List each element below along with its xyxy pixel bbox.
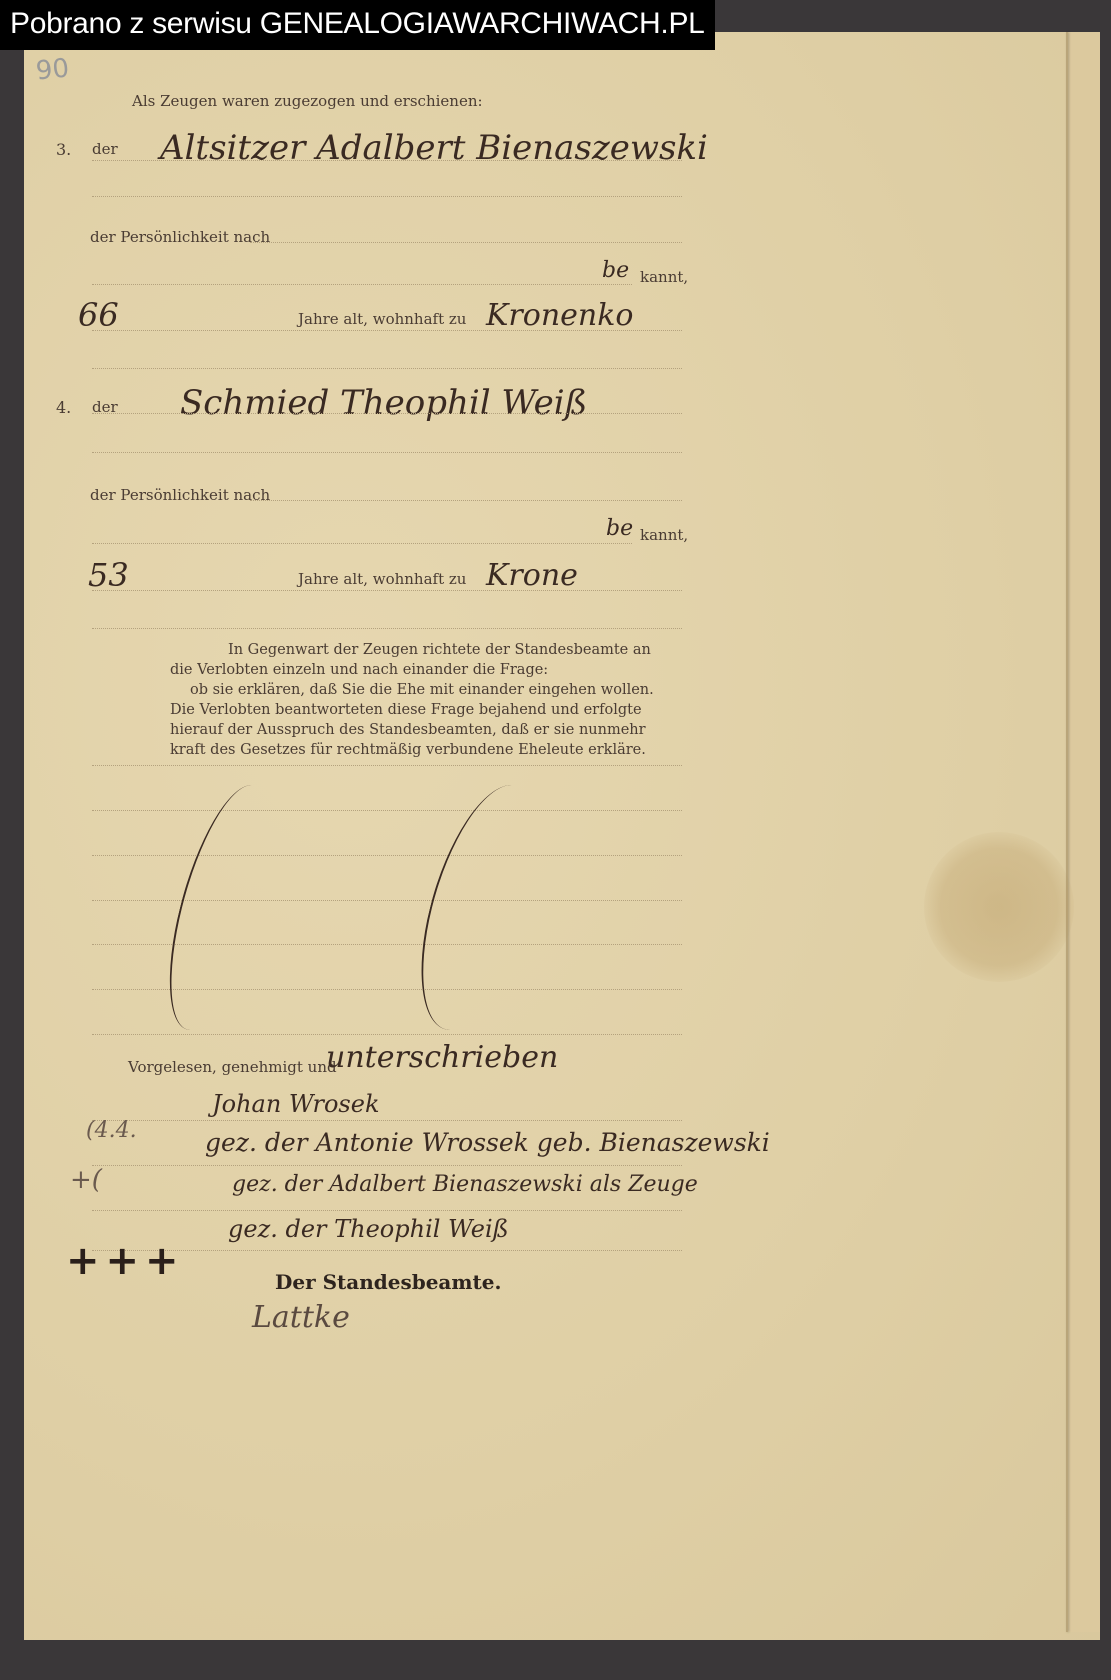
- witness-4-name: Schmied Theophil Weiß: [180, 383, 587, 423]
- dotted-line: [92, 765, 682, 766]
- witness-4-identity-label: der Persönlichkeit nach: [90, 486, 270, 504]
- witness-4-residence: Krone: [486, 558, 578, 593]
- pencil-page-number: 90: [35, 53, 71, 86]
- registrar-signature: Lattke: [252, 1300, 350, 1335]
- dotted-line: [92, 1120, 682, 1121]
- margin-mark: (4.4.: [86, 1118, 137, 1143]
- witness-3-residence: Kronenko: [486, 298, 633, 333]
- witness-3-number: 3.: [56, 140, 71, 159]
- scan-background: [24, 1640, 1100, 1680]
- ceremony-paragraph: In Gegenwart der Zeugen richtete der Sta…: [170, 640, 682, 760]
- water-stain: [924, 832, 1074, 982]
- witness-3-known-print: kannt,: [640, 268, 688, 286]
- ceremony-line: kraft des Gesetzes für rechtmäßig verbun…: [170, 740, 682, 760]
- page-fold: [1066, 32, 1068, 1632]
- dotted-line: [92, 628, 682, 629]
- witness-3-identity-label: der Persönlichkeit nach: [90, 228, 270, 246]
- download-source-banner: Pobrano z serwisu GENEALOGIAWARCHIWACH.P…: [0, 0, 715, 50]
- dotted-line: [250, 242, 682, 243]
- dotted-line: [250, 500, 682, 501]
- dotted-line: [92, 590, 682, 591]
- witness-3-prefix: der: [92, 140, 118, 158]
- ceremony-line: Die Verlobten beantworteten diese Frage …: [170, 700, 682, 720]
- witness-4-age: 53: [88, 556, 129, 594]
- dotted-line: [92, 452, 682, 453]
- dotted-line: [92, 1210, 682, 1211]
- witness-3-known-hand: be: [602, 258, 629, 283]
- ceremony-line: In Gegenwart der Zeugen richtete der Sta…: [170, 640, 682, 660]
- dotted-line: [92, 284, 632, 285]
- signature-witness-3: gez. der Adalbert Bienaszewski als Zeuge: [232, 1172, 698, 1197]
- dotted-line: [92, 196, 682, 197]
- witness-4-known-hand: be: [606, 516, 633, 541]
- dotted-line: [92, 810, 682, 811]
- dotted-line: [92, 330, 682, 331]
- ceremony-line: die Verlobten einzeln und nach einander …: [170, 660, 682, 680]
- dotted-line: [92, 160, 682, 161]
- ceremony-line: ob sie erklären, daß Sie die Ehe mit ein…: [170, 680, 682, 700]
- witnesses-heading: Als Zeugen waren zugezogen und erschiene…: [132, 92, 483, 110]
- closing-handwritten: unterschrieben: [326, 1040, 558, 1075]
- closing-label: Vorgelesen, genehmigt und: [128, 1058, 337, 1076]
- adjacent-page-edge: [1068, 32, 1100, 1632]
- witness-4-age-label: Jahre alt, wohnhaft zu: [298, 570, 466, 588]
- dotted-line: [92, 413, 682, 414]
- registrar-title: Der Standesbeamte.: [275, 1270, 501, 1294]
- dotted-line: [92, 1165, 682, 1166]
- margin-mark: +(: [70, 1165, 102, 1195]
- witness-3-age: 66: [78, 296, 119, 334]
- ceremony-line: hierauf der Ausspruch des Standesbeamten…: [170, 720, 682, 740]
- witness-4-known-print: kannt,: [640, 526, 688, 544]
- cross-marks-signature: +++: [66, 1238, 185, 1284]
- witness-3-age-label: Jahre alt, wohnhaft zu: [298, 310, 466, 328]
- signature-witness-4: gez. der Theophil Weiß: [228, 1215, 509, 1243]
- witness-3-name: Altsitzer Adalbert Bienaszewski: [160, 128, 708, 168]
- dotted-line: [92, 1034, 682, 1035]
- document-page: [24, 32, 1100, 1651]
- dotted-line: [92, 855, 682, 856]
- signature-groom: Johan Wrosek: [212, 1090, 380, 1118]
- dotted-line: [92, 368, 682, 369]
- signature-bride: gez. der Antonie Wrossek geb. Bienaszews…: [205, 1128, 770, 1157]
- dotted-line: [92, 543, 632, 544]
- witness-4-number: 4.: [56, 398, 71, 417]
